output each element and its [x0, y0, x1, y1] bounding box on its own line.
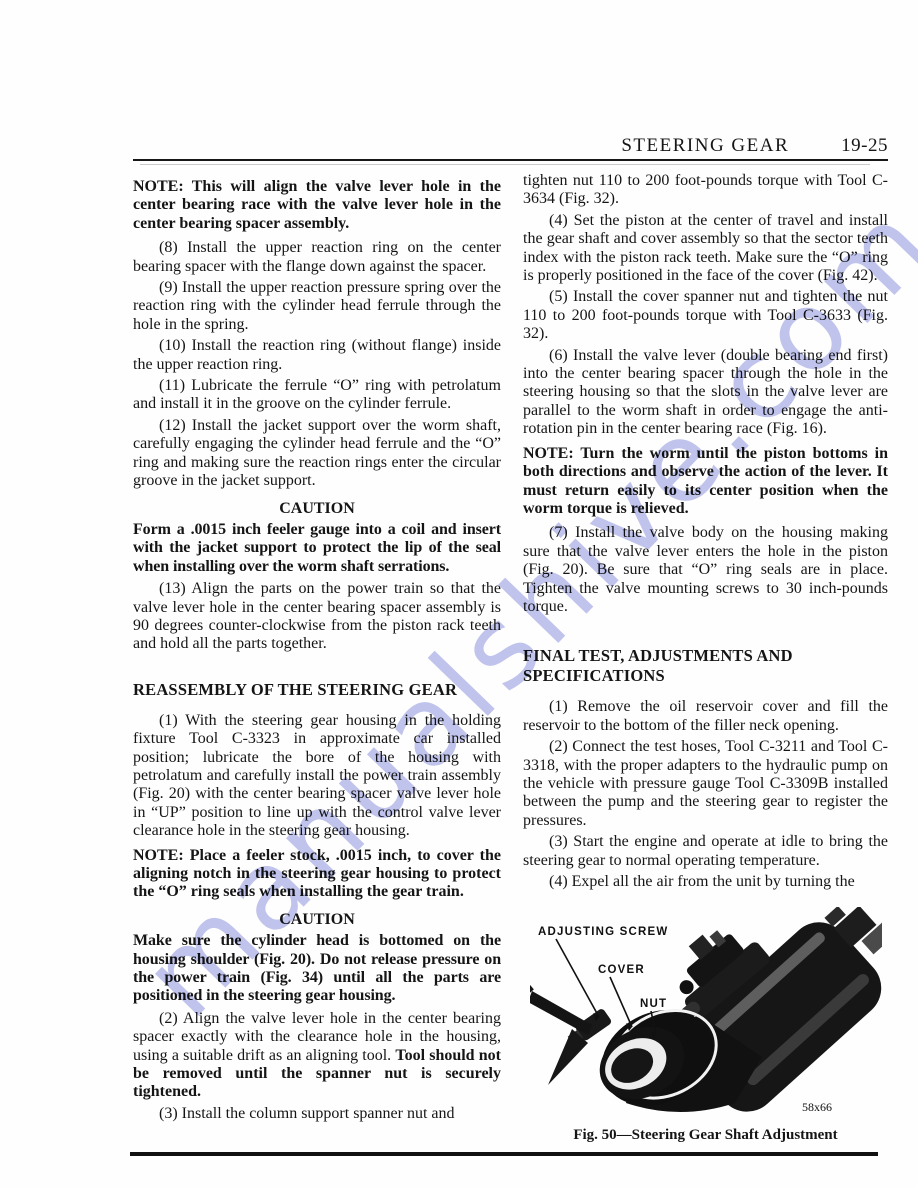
figure-plate-code: 58x66 [802, 1100, 832, 1114]
page-number: 19-25 [841, 135, 888, 157]
page-header: STEERING GEAR 19-25 [133, 135, 888, 157]
steering-gear-illustration: ADJUSTING SCREW COVER NUT 58x66 [530, 907, 882, 1119]
paragraph: (3) Install the column support spanner n… [133, 1105, 501, 1123]
header-rule-echo [140, 164, 870, 165]
right-column: tighten nut 110 to 200 foot-pounds torqu… [523, 172, 888, 1144]
left-column: NOTE: This will align the valve lever ho… [133, 172, 501, 1144]
manual-page: STEERING GEAR 19-25 NOTE: This will alig… [0, 0, 918, 1188]
caution-paragraph: Make sure the cylinder head is bottomed … [133, 932, 501, 1006]
section-heading-final-test: FINAL TEST, ADJUSTMENTS AND SPECIFICATIO… [523, 646, 888, 686]
paragraph: (1) With the steering gear housing in th… [133, 712, 501, 841]
section-title: STEERING GEAR [621, 135, 789, 157]
paragraph: (3) Start the engine and operate at idle… [523, 833, 888, 870]
note-paragraph: NOTE: Turn the worm until the piston bot… [523, 445, 888, 519]
paragraph: (12) Install the jacket support over the… [133, 417, 501, 491]
screwdriver-shape [530, 977, 592, 1085]
bottom-rule [130, 1152, 878, 1156]
figure-caption: Fig. 50—Steering Gear Shaft Adjustment [523, 1127, 888, 1144]
paragraph: (6) Install the valve lever (double bear… [523, 347, 888, 439]
paragraph: (9) Install the upper reaction pressure … [133, 279, 501, 334]
note-paragraph: NOTE: Place a feeler stock, .0015 inch, … [133, 847, 501, 902]
paragraph: (2) Connect the test hoses, Tool C-3211 … [523, 738, 888, 830]
paragraph: (8) Install the upper reaction ring on t… [133, 239, 501, 276]
figure-label-cover: COVER [598, 964, 645, 976]
caution-heading: CAUTION [133, 911, 501, 929]
paragraph: (4) Expel all the air from the unit by t… [523, 873, 888, 891]
section-heading-reassembly: REASSEMBLY OF THE STEERING GEAR [133, 680, 501, 700]
continuation-paragraph: tighten nut 110 to 200 foot-pounds torqu… [523, 172, 888, 209]
figure-label-nut: NUT [640, 998, 667, 1010]
caution-paragraph: Form a .0015 inch feeler gauge into a co… [133, 521, 501, 576]
paragraph: (13) Align the parts on the power train … [133, 580, 501, 654]
figure-50: ADJUSTING SCREW COVER NUT 58x66 Fig. 50—… [523, 907, 888, 1144]
paragraph: (7) Install the valve body on the housin… [523, 524, 888, 616]
figure-label-adjusting-screw: ADJUSTING SCREW [538, 926, 668, 938]
note-paragraph: NOTE: This will align the valve lever ho… [133, 178, 501, 233]
paragraph: (1) Remove the oil reservoir cover and f… [523, 698, 888, 735]
paragraph: (5) Install the cover spanner nut and ti… [523, 288, 888, 343]
caution-heading: CAUTION [133, 500, 501, 518]
paragraph: (10) Install the reaction ring (without … [133, 337, 501, 374]
paragraph: (4) Set the piston at the center of trav… [523, 212, 888, 286]
paragraph: (11) Lubricate the ferrule “O” ring with… [133, 377, 501, 414]
paragraph: (2) Align the valve lever hole in the ce… [133, 1010, 501, 1102]
header-rule [133, 159, 888, 161]
text-columns: NOTE: This will align the valve lever ho… [133, 172, 888, 1144]
